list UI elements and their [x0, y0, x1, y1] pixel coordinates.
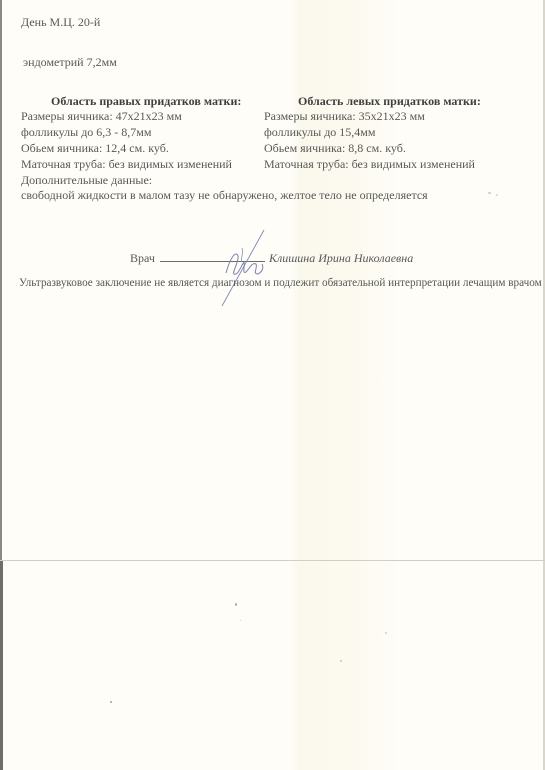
- handwritten-signature-icon: [212, 228, 268, 308]
- left-ovary-size: Размеры яичника: 35х21х23 мм: [264, 109, 425, 123]
- scan-speck: [340, 660, 342, 662]
- doctor-name: Клишина Ирина Николаевна: [269, 251, 413, 265]
- endometrium-value: эндометрий 7,2мм: [23, 55, 117, 69]
- right-ovary-size: Размеры яичника: 47х21х23 мм: [21, 109, 182, 123]
- page-edge-left-lower: [0, 560, 3, 770]
- scan-speck: [496, 194, 498, 196]
- left-follicles: фолликулы до 15,4мм: [264, 125, 376, 139]
- right-adnexa-heading: Область правых придатков матки:: [51, 94, 241, 108]
- page-fold-line: [0, 560, 545, 561]
- scanned-page: День М.Ц. 20-й эндометрий 7,2мм Область …: [0, 0, 545, 770]
- scan-speck: [110, 701, 112, 703]
- ultrasound-disclaimer: Ультразвуковое заключение не является ди…: [19, 276, 542, 290]
- left-adnexa-heading: Область левых придатков матки:: [298, 94, 481, 108]
- right-fallopian-tube: Маточная труба: без видимых изменений: [21, 157, 232, 171]
- scan-speck: [235, 603, 237, 606]
- scan-speck: [240, 620, 241, 621]
- right-ovary-volume: Обьем яичника: 12,4 см. куб.: [21, 141, 169, 155]
- cycle-day: День М.Ц. 20-й: [21, 15, 100, 29]
- right-follicles: фолликулы до 6,3 - 8,7мм: [21, 125, 152, 139]
- doctor-label: Врач: [130, 251, 155, 265]
- scan-speck: [385, 632, 387, 634]
- additional-data-text: свободной жидкости в малом тазу не обнар…: [21, 188, 428, 202]
- additional-data-label: Дополнительные данные:: [21, 173, 152, 187]
- left-fallopian-tube: Маточная труба: без видимых изменений: [264, 157, 475, 171]
- left-ovary-volume: Обьем яичника: 8,8 см. куб.: [264, 141, 406, 155]
- scan-speck: [488, 192, 491, 194]
